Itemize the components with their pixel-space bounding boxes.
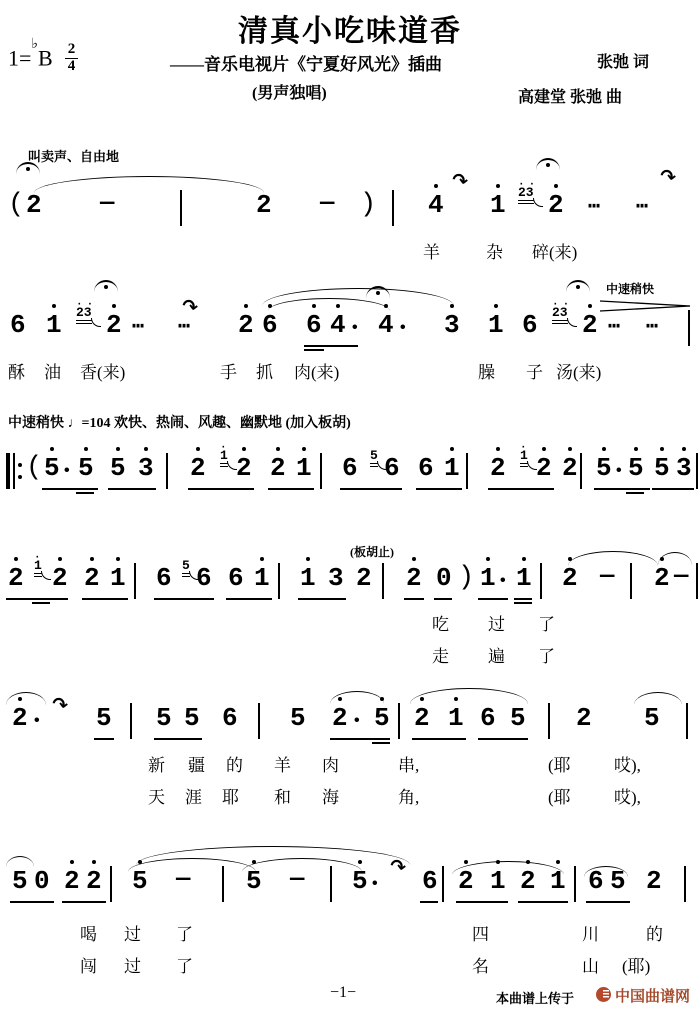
fermata-icon (566, 280, 590, 294)
beam-underline (10, 901, 54, 903)
note: 5 (510, 705, 526, 731)
slur (330, 691, 384, 704)
note: 5 (628, 455, 644, 481)
barline (630, 563, 632, 599)
beam-underline (434, 598, 452, 600)
grace-note: 5 (182, 559, 190, 577)
beam-underline (652, 488, 694, 490)
lyric: 走 (432, 642, 449, 667)
beam-underline (62, 901, 106, 903)
time-top: 2 (65, 42, 79, 59)
site-name: 中国曲谱网 (615, 985, 690, 1006)
note: 2 (490, 455, 506, 481)
beam-underline (94, 738, 114, 740)
lyric: 了 (176, 952, 193, 977)
lyric: 肉(来) (294, 358, 339, 383)
note: 2 (52, 565, 68, 591)
note: 1 (46, 312, 62, 338)
barline (134, 563, 136, 599)
barline (574, 866, 576, 902)
grace-note: 5 (370, 449, 378, 467)
note: 2 (536, 455, 552, 481)
barline (392, 190, 394, 226)
note: — (320, 192, 334, 216)
note: • (398, 320, 408, 336)
repeat-part (13, 453, 15, 489)
slur (34, 176, 264, 193)
note: 2 (576, 705, 592, 731)
note: ( (8, 192, 24, 219)
note: ⋯ (588, 198, 601, 218)
barline (684, 866, 686, 902)
site-logo-icon (596, 987, 611, 1002)
slur (634, 692, 682, 705)
note: 1 (448, 705, 464, 731)
lyric: 汤(来) (556, 358, 601, 383)
note: 1 (516, 565, 532, 591)
beam-underline (268, 488, 314, 490)
beam-underline (188, 488, 254, 490)
note: 2 (562, 455, 578, 481)
note: 2 (270, 455, 286, 481)
lyric: (耶 (548, 751, 571, 776)
time-signature: 24 (65, 42, 79, 75)
beam-underline (304, 345, 358, 347)
note: ⋯ (608, 318, 621, 338)
barline (686, 703, 688, 739)
note: 1 (444, 455, 460, 481)
grace-note: ··23 (518, 186, 534, 204)
note: 1 (300, 565, 316, 591)
repeat-part (6, 453, 10, 489)
slur (136, 846, 410, 865)
slide-arrow-icon: ↷ (51, 693, 70, 717)
barline (258, 703, 260, 739)
lyric: 涯 (185, 783, 202, 808)
note: 3 (328, 565, 344, 591)
beam-underline (488, 488, 554, 490)
barline (278, 563, 280, 599)
note: 2 (582, 312, 598, 338)
beam-underline (456, 901, 508, 903)
note: 6 (480, 705, 496, 731)
lyric: 闯 (80, 952, 97, 977)
grace-note: ··23 (552, 306, 568, 324)
subtitle: ——音乐电视片《宁夏好风光》插曲 (170, 50, 442, 75)
lyric: 新 (148, 751, 165, 776)
note: 5 (96, 705, 112, 731)
flat-icon: ♭ (31, 37, 38, 52)
lyric: 羊 (423, 238, 440, 263)
beam-underline (514, 602, 532, 604)
note: • (32, 713, 42, 729)
lyric: 名 (472, 952, 489, 977)
barline (580, 453, 582, 489)
annotation: 叫卖声、自由地 (28, 146, 119, 165)
note: 6 (262, 312, 278, 338)
octave-dot: ·· (552, 300, 568, 311)
slide-arrow-icon: ↷ (451, 169, 470, 193)
beam-underline (412, 738, 466, 740)
note: 5 (374, 705, 390, 731)
octave-dot: ·· (518, 180, 534, 191)
lyric: 喝 (80, 920, 97, 945)
slur (6, 692, 46, 705)
note: 2 (562, 565, 578, 591)
lyric: 香(来) (80, 358, 125, 383)
annotation: (板胡止) (350, 543, 394, 560)
barline (166, 453, 168, 489)
note: 1 (490, 192, 506, 218)
barline (442, 866, 444, 902)
note: 2 (414, 705, 430, 731)
note: 1 (110, 565, 126, 591)
barline (320, 453, 322, 489)
beam-underline (404, 598, 424, 600)
lyric: 疆 (188, 751, 205, 776)
note: 6 (422, 868, 438, 894)
note: 5 (644, 705, 660, 731)
note: 2 (406, 565, 422, 591)
slur (262, 288, 454, 306)
lyric: (耶 (548, 783, 571, 808)
lyric: 角, (398, 783, 419, 808)
octave-dot: · (520, 443, 528, 454)
note: ⋯ (132, 318, 145, 338)
note: 2 (84, 565, 100, 591)
key-note: B (38, 45, 53, 70)
beam-underline (518, 901, 568, 903)
lyric: 抓 (256, 358, 273, 383)
note: 3 (444, 312, 460, 338)
voice-type: (男声独唱) (252, 80, 327, 103)
sheet-music-page: 清真小吃味道香 1=♭B24 ——音乐电视片《宁夏好风光》插曲 (男声独唱) 张… (0, 0, 700, 1015)
barline (382, 563, 384, 599)
note: 5 (290, 705, 306, 731)
lyric: (耶) (622, 952, 650, 977)
beam-underline (626, 492, 644, 494)
note: 2 (26, 192, 42, 218)
note: 5 (654, 455, 670, 481)
lyric: 和 (274, 783, 291, 808)
note: 6 (156, 565, 172, 591)
octave-dot: ·· (76, 300, 92, 311)
lyric: 油 (44, 358, 61, 383)
lyric: 串, (398, 751, 419, 776)
beam-underline (478, 598, 508, 600)
note: 6 (10, 312, 26, 338)
note: 3 (676, 455, 692, 481)
lyric: 手 (220, 358, 237, 383)
barline (696, 453, 698, 489)
lyric: 川 (582, 920, 599, 945)
lyric: 过 (124, 920, 141, 945)
beam-underline (42, 488, 98, 490)
beam-underline (420, 901, 438, 903)
beam-underline (6, 598, 68, 600)
beam-underline (298, 598, 346, 600)
note: 2 (64, 868, 80, 894)
note: 2 (86, 868, 102, 894)
slur (658, 552, 692, 565)
beam-underline (416, 488, 462, 490)
note: 5 (156, 705, 172, 731)
note: ⋯ (636, 198, 649, 218)
note: 2 (356, 565, 372, 591)
note: 2 (106, 312, 122, 338)
note: — (100, 192, 114, 216)
note: 5 (44, 455, 60, 481)
repeat-part (18, 475, 22, 479)
note: 6 (418, 455, 434, 481)
note: 2 (190, 455, 206, 481)
note: 6 (222, 705, 238, 731)
barline (696, 563, 698, 599)
note: 2 (654, 565, 670, 591)
lyric: 过 (124, 952, 141, 977)
beam-underline (154, 598, 214, 600)
note: 6 (228, 565, 244, 591)
note: 6 (342, 455, 358, 481)
slur (452, 861, 564, 875)
note: 2 (12, 705, 28, 731)
note: ) (360, 192, 376, 219)
note: 1 (488, 312, 504, 338)
note: 4 (330, 312, 346, 338)
note: — (674, 565, 688, 589)
upload-note: 本曲谱上传于 (496, 988, 574, 1007)
slide-arrow-icon: ↷ (181, 295, 200, 319)
note: 2 (8, 565, 24, 591)
slur (6, 856, 34, 867)
grace-note: ·1 (520, 449, 528, 467)
note: ⋯ (646, 318, 659, 338)
decrescendo-hairpin-icon (600, 299, 692, 317)
beam-underline (594, 488, 650, 490)
fermata-icon (536, 158, 560, 172)
slur (410, 688, 528, 704)
barline (540, 563, 542, 599)
lyricist-credit: 张弛 词 (597, 49, 649, 72)
lyric: 了 (538, 642, 555, 667)
barline (466, 453, 468, 489)
annotation: 中速稍快 (606, 280, 654, 297)
note: — (600, 565, 614, 589)
lyric: 吃 (432, 610, 449, 635)
beam-underline (32, 602, 50, 604)
grace-note: ·1 (34, 559, 42, 577)
lyric: 天 (148, 783, 165, 808)
lyric: 的 (226, 751, 243, 776)
note: • (352, 713, 362, 729)
lyric: 海 (322, 783, 339, 808)
note: • (62, 463, 72, 479)
note: ⋯ (178, 318, 191, 338)
lyric: 碎(来) (532, 238, 577, 263)
note: • (498, 573, 508, 589)
beam-underline (478, 738, 528, 740)
note: ) (458, 565, 474, 592)
note: 0 (34, 868, 50, 894)
beam-underline (226, 598, 272, 600)
note: 1 (254, 565, 270, 591)
barline (130, 703, 132, 739)
beam-underline (154, 738, 202, 740)
barline (180, 190, 182, 226)
beam-underline (82, 598, 128, 600)
repeat-sign-icon (6, 453, 22, 489)
lyric: 臊 (478, 358, 495, 383)
time-bottom: 4 (65, 59, 79, 75)
note: 3 (138, 455, 154, 481)
note: • (350, 320, 360, 336)
slide-arrow-icon: ↷ (389, 855, 408, 879)
slur (568, 551, 658, 566)
barline (548, 703, 550, 739)
barline (110, 866, 112, 902)
beam-underline (514, 598, 532, 600)
grace-note: ··23 (76, 306, 92, 324)
beam-underline (76, 492, 94, 494)
grace-note: ·1 (220, 449, 228, 467)
barline (398, 703, 400, 739)
composer-credit: 高建堂 张弛 曲 (518, 84, 622, 107)
note: 4 (428, 192, 444, 218)
note: 6 (196, 565, 212, 591)
key-prefix: 1= (8, 45, 31, 70)
note: 5 (596, 455, 612, 481)
lyric: 耶 (222, 783, 239, 808)
note: 2 (548, 192, 564, 218)
lyric: 的 (646, 920, 663, 945)
beam-underline (586, 901, 630, 903)
note: 4 (378, 312, 394, 338)
note: 2 (646, 868, 662, 894)
octave-dot: · (220, 443, 228, 454)
note: 2 (236, 455, 252, 481)
note: 2 (256, 192, 272, 218)
beam-underline (330, 738, 390, 740)
note: • (370, 876, 380, 892)
beam-underline (108, 488, 156, 490)
lyric: 山 (582, 952, 599, 977)
lyric: 哎), (614, 783, 641, 808)
note: 6 (522, 312, 538, 338)
key-signature: 1=♭B24 (8, 44, 78, 77)
lyric: 杂 (486, 238, 503, 263)
beam-underline (340, 488, 402, 490)
note: 6 (384, 455, 400, 481)
note: ( (26, 455, 42, 482)
lyric: 遍 (488, 642, 505, 667)
octave-dot: · (34, 553, 42, 564)
note: 5 (12, 868, 28, 894)
annotation: 中速稍快 ♩=104 欢快、热闹、风趣、幽默地 (加入板胡) (8, 412, 351, 432)
note: 2 (332, 705, 348, 731)
note: 6 (306, 312, 322, 338)
lyric: 子 (526, 358, 543, 383)
lyric: 了 (538, 610, 555, 635)
lyric: 肉 (322, 751, 339, 776)
note: 5 (184, 705, 200, 731)
note: 0 (436, 565, 452, 591)
note: 1 (296, 455, 312, 481)
lyric: 酥 (8, 358, 25, 383)
repeat-part (18, 463, 22, 467)
lyric: 哎), (614, 751, 641, 776)
note: 5 (110, 455, 126, 481)
note: • (614, 463, 624, 479)
lyric: 了 (176, 920, 193, 945)
slide-arrow-icon: ↷ (659, 165, 678, 189)
note: 5 (78, 455, 94, 481)
song-title: 清真小吃味道香 (0, 6, 700, 50)
page-number: −1− (330, 984, 356, 1002)
lyric: 羊 (274, 751, 291, 776)
note: 2 (238, 312, 254, 338)
lyric: 过 (488, 610, 505, 635)
beam-underline (304, 349, 324, 351)
fermata-icon (94, 280, 118, 294)
note: 1 (480, 565, 496, 591)
lyric: 四 (472, 920, 489, 945)
beam-underline (372, 742, 390, 744)
